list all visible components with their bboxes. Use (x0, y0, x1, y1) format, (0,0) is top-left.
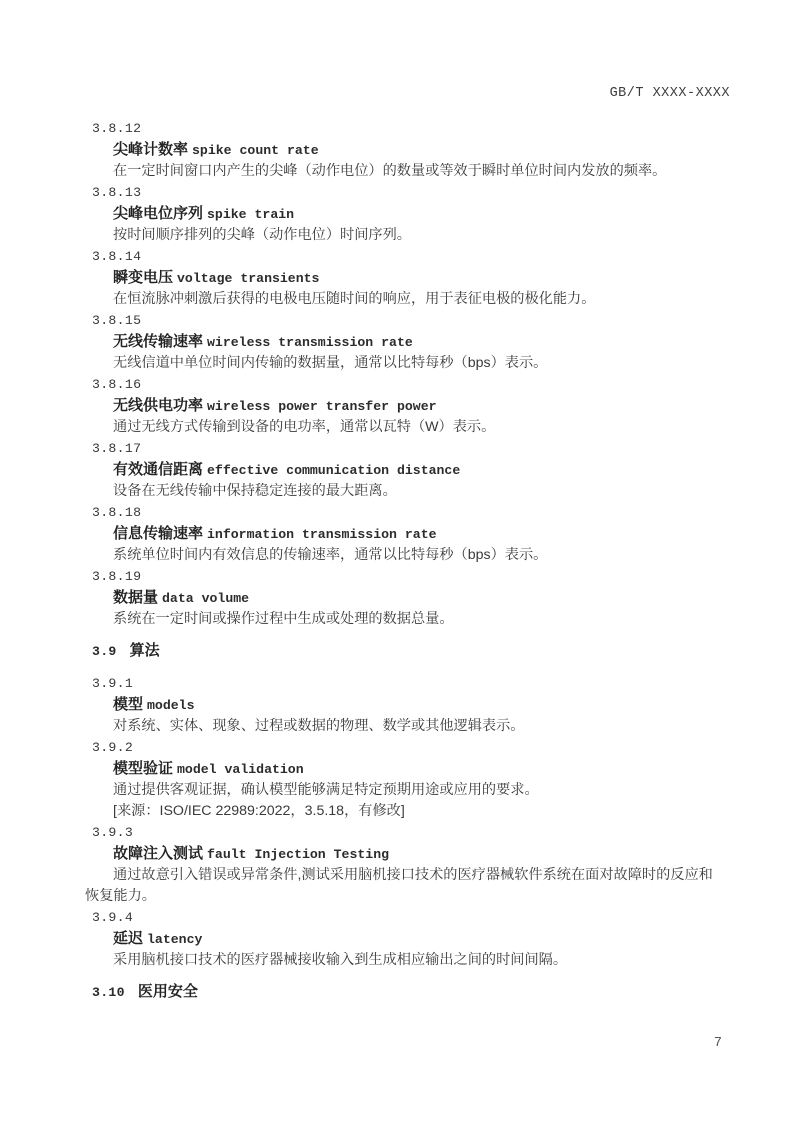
term-line: 无线供电功率wireless power transfer power (85, 395, 730, 417)
term-chinese: 尖峰电位序列 (113, 205, 203, 222)
term-definition: 无线信道中单位时间内传输的数据量，通常以比特每秒（bps）表示。 (85, 353, 730, 374)
section-title: 算法 (130, 642, 160, 659)
term-chinese: 模型验证 (113, 760, 173, 777)
term-english: wireless power transfer power (207, 399, 437, 414)
term-entry: 3.8.12 尖峰计数率spike count rate 在一定时间窗口内产生的… (85, 118, 730, 182)
term-line: 延迟latency (85, 928, 730, 950)
term-entry: 3.9.2 模型验证model validation 通过提供客观证据，确认模型… (85, 737, 730, 822)
term-number: 3.9.1 (85, 673, 730, 694)
term-chinese: 无线供电功率 (113, 397, 203, 414)
term-definition: 在恒流脉冲刺激后获得的电极电压随时间的响应，用于表征电极的极化能力。 (85, 289, 730, 310)
term-number: 3.8.17 (85, 438, 730, 459)
term-chinese: 故障注入测试 (113, 845, 203, 862)
term-chinese: 模型 (113, 696, 143, 713)
section-number: 3.10 (92, 985, 125, 1000)
term-definition: 在一定时间窗口内产生的尖峰（动作电位）的数量或等效于瞬时单位时间内发放的频率。 (85, 161, 730, 182)
term-number: 3.8.12 (85, 118, 730, 139)
term-definition: 系统单位时间内有效信息的传输速率，通常以比特每秒（bps）表示。 (85, 545, 730, 566)
term-line: 数据量data volume (85, 587, 730, 609)
term-chinese: 延迟 (113, 930, 143, 947)
term-english: wireless transmission rate (207, 335, 413, 350)
term-entry: 3.8.13 尖峰电位序列spike train 按时间顺序排列的尖峰（动作电位… (85, 182, 730, 246)
term-entry: 3.8.15 无线传输速率wireless transmission rate … (85, 310, 730, 374)
section-heading: 3.9算法 (85, 640, 730, 662)
document-page: GB/T XXXX-XXXX 3.8.12 尖峰计数率spike count r… (0, 0, 800, 1131)
term-line: 无线传输速率wireless transmission rate (85, 331, 730, 353)
term-chinese: 无线传输速率 (113, 333, 203, 350)
term-line: 瞬变电压voltage transients (85, 267, 730, 289)
term-line: 模型models (85, 694, 730, 716)
term-definition: 通过无线方式传输到设备的电功率，通常以瓦特（W）表示。 (85, 417, 730, 438)
term-definition: 系统在一定时间或操作过程中生成或处理的数据总量。 (85, 609, 730, 630)
term-english: models (147, 698, 194, 713)
term-definition: 对系统、实体、现象、过程或数据的物理、数学或其他逻辑表示。 (85, 716, 730, 737)
term-english: information transmission rate (207, 527, 437, 542)
term-number: 3.8.19 (85, 566, 730, 587)
term-definition: 通过故意引入错误或异常条件,测试采用脑机接口技术的医疗器械软件系统在面对故障时的… (85, 865, 730, 907)
term-chinese: 数据量 (113, 589, 158, 606)
term-line: 尖峰计数率spike count rate (85, 139, 730, 161)
page-number: 7 (714, 1036, 722, 1051)
term-line: 尖峰电位序列spike train (85, 203, 730, 225)
term-number: 3.8.15 (85, 310, 730, 331)
term-entry: 3.8.19 数据量data volume 系统在一定时间或操作过程中生成或处理… (85, 566, 730, 630)
term-english: voltage transients (177, 271, 319, 286)
term-line: 故障注入测试fault Injection Testing (85, 843, 730, 865)
section-title: 医用安全 (138, 983, 198, 1000)
term-entry: 3.9.1 模型models 对系统、实体、现象、过程或数据的物理、数学或其他逻… (85, 673, 730, 737)
term-english: spike train (207, 207, 294, 222)
term-number: 3.8.13 (85, 182, 730, 203)
term-definition: 设备在无线传输中保持稳定连接的最大距离。 (85, 481, 730, 502)
term-chinese: 尖峰计数率 (113, 141, 188, 158)
term-entry: 3.8.18 信息传输速率information transmission ra… (85, 502, 730, 566)
term-english: fault Injection Testing (207, 847, 389, 862)
term-english: spike count rate (192, 143, 319, 158)
term-chinese: 瞬变电压 (113, 269, 173, 286)
term-definition: 采用脑机接口技术的医疗器械接收输入到生成相应输出之间的时间间隔。 (85, 950, 730, 971)
term-entry: 3.9.3 故障注入测试fault Injection Testing 通过故意… (85, 822, 730, 907)
term-entry: 3.9.4 延迟latency 采用脑机接口技术的医疗器械接收输入到生成相应输出… (85, 907, 730, 971)
section-number: 3.9 (92, 644, 117, 659)
document-content-area: GB/T XXXX-XXXX 3.8.12 尖峰计数率spike count r… (85, 86, 730, 1014)
term-chinese: 信息传输速率 (113, 525, 203, 542)
term-number: 3.9.3 (85, 822, 730, 843)
section-heading: 3.10医用安全 (85, 981, 730, 1003)
term-entry: 3.8.16 无线供电功率wireless power transfer pow… (85, 374, 730, 438)
term-english: data volume (162, 591, 249, 606)
term-line: 有效通信距离effective communication distance (85, 459, 730, 481)
standard-code-header: GB/T XXXX-XXXX (85, 86, 730, 102)
term-definition: 按时间顺序排列的尖峰（动作电位）时间序列。 (85, 225, 730, 246)
term-english: latency (147, 932, 202, 947)
term-number: 3.9.4 (85, 907, 730, 928)
term-number: 3.8.18 (85, 502, 730, 523)
term-definition: 通过提供客观证据，确认模型能够满足特定预期用途或应用的要求。 (85, 780, 730, 801)
term-entry: 3.8.17 有效通信距离effective communication dis… (85, 438, 730, 502)
source-note: [来源：ISO/IEC 22989:2022，3.5.18，有修改] (85, 801, 730, 822)
term-number: 3.8.14 (85, 246, 730, 267)
term-english: effective communication distance (207, 463, 460, 478)
document-content: 3.8.12 尖峰计数率spike count rate 在一定时间窗口内产生的… (85, 118, 730, 1003)
term-english: model validation (177, 762, 304, 777)
term-chinese: 有效通信距离 (113, 461, 203, 478)
term-number: 3.8.16 (85, 374, 730, 395)
term-line: 信息传输速率information transmission rate (85, 523, 730, 545)
term-line: 模型验证model validation (85, 758, 730, 780)
term-entry: 3.8.14 瞬变电压voltage transients 在恒流脉冲刺激后获得… (85, 246, 730, 310)
term-number: 3.9.2 (85, 737, 730, 758)
